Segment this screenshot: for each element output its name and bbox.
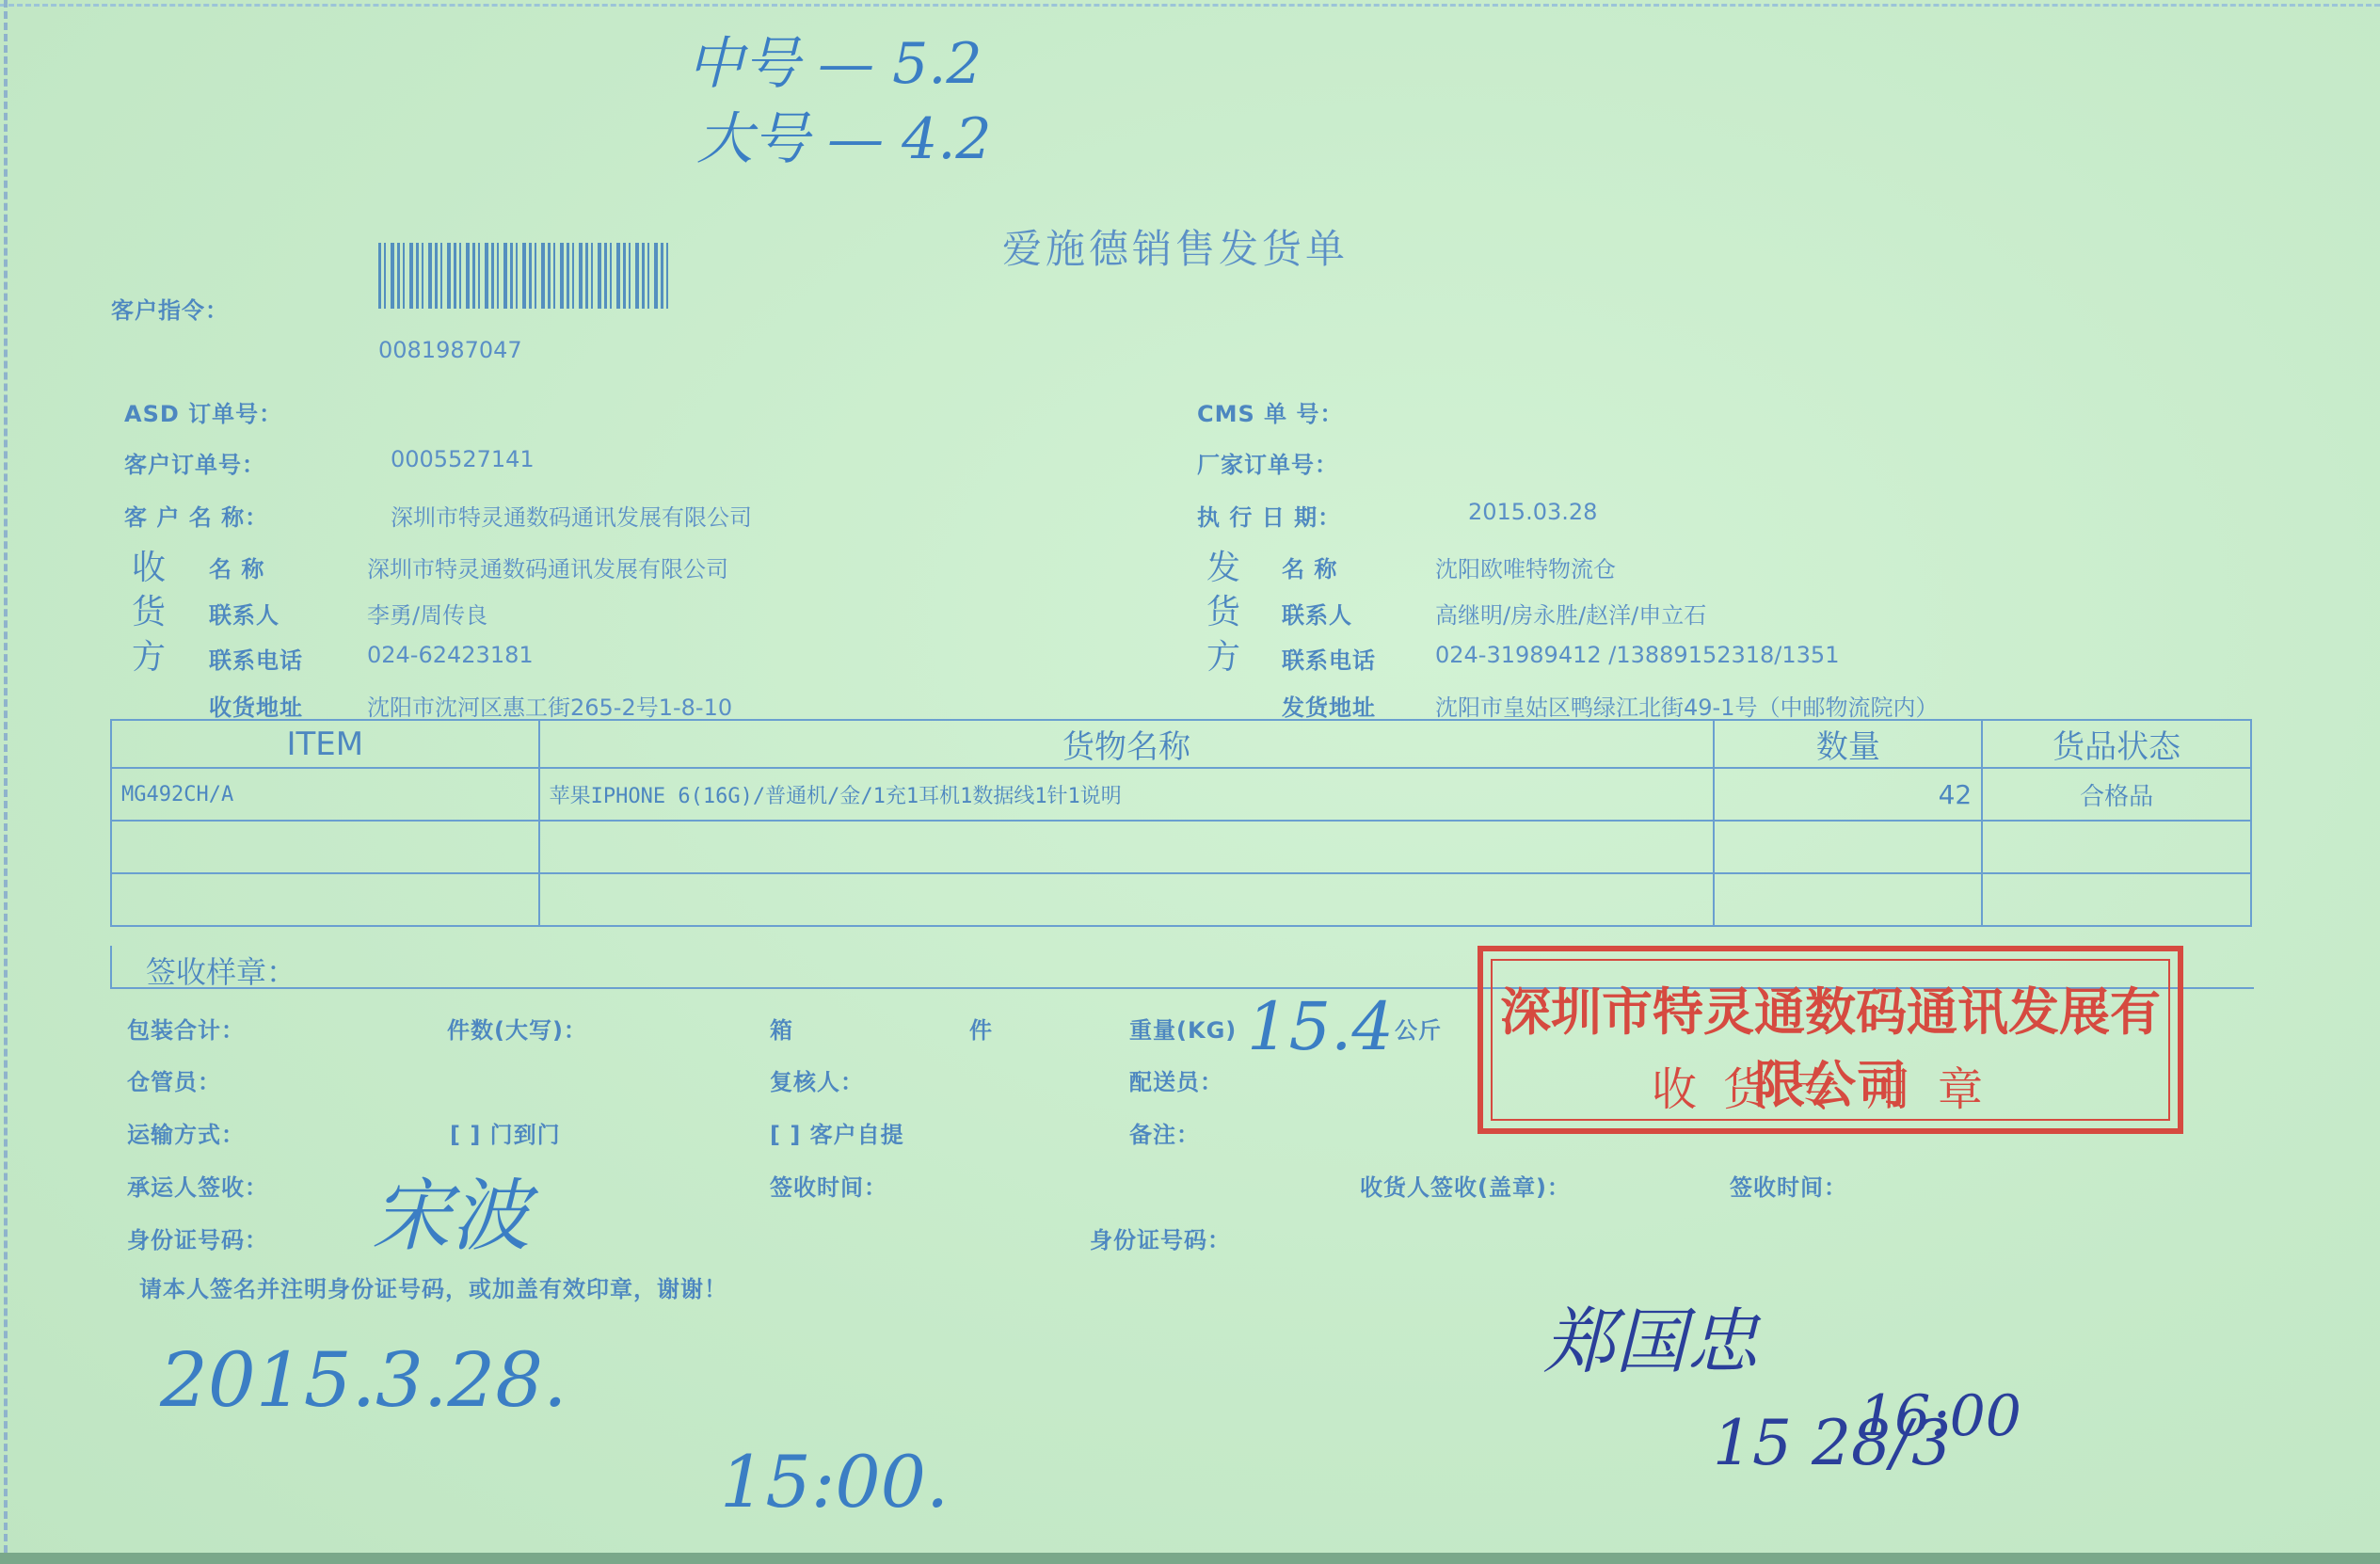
door-to-door-checkbox[interactable]: [ ] 门到门 xyxy=(450,1116,561,1149)
shipper-side-1: 发 xyxy=(1206,541,1240,589)
cms-label: CMS 单 号： xyxy=(1197,395,1344,428)
piece-label: 件 xyxy=(969,1012,993,1045)
receiver-side-3: 方 xyxy=(132,630,166,678)
reviewer-label: 复核人： xyxy=(770,1063,864,1096)
signature-notice: 请本人签名并注明身份证号码，或加盖有效印章，谢谢！ xyxy=(139,1270,727,1303)
col-quantity: 数量 xyxy=(1714,720,1982,768)
exec-date-value: 2015.03.28 xyxy=(1468,499,1597,525)
exec-date-label: 执 行 日 期： xyxy=(1197,499,1341,532)
receiver-name-label: 名 称 xyxy=(209,551,264,583)
row-goods-name: 苹果IPHONE 6(16G)/普通机/金/1充1耳机1数据线1针1说明 xyxy=(539,768,1715,821)
table-header-row: ITEM 货物名称 数量 货品状态 xyxy=(111,720,2251,768)
row-quantity: 42 xyxy=(1714,768,1982,821)
items-table: ITEM 货物名称 数量 货品状态 MG492CH/A 苹果IPHONE 6(1… xyxy=(110,719,2252,927)
shipper-side-3: 方 xyxy=(1206,630,1240,678)
handwritten-carrier-date: 2015.3.28. xyxy=(160,1336,567,1424)
weight-value: 15.4 xyxy=(1247,988,1394,1065)
transport-method-label: 运输方式： xyxy=(127,1116,245,1149)
barcode-number: 0081987047 xyxy=(378,337,522,363)
handwritten-note-large: 大号 — 4.2 xyxy=(696,94,992,175)
receipt-stamp: 深圳市特灵通数码通讯发展有限公司 收货专用章 xyxy=(1478,946,2183,1134)
warehouse-keeper-label: 仓管员： xyxy=(127,1063,221,1096)
receiver-side-2: 货 xyxy=(132,585,166,633)
barcode xyxy=(378,243,668,309)
shipper-phone-value: 024-31989412 /13889152318/1351 xyxy=(1435,642,1839,668)
vendor-order-label: 厂家订单号： xyxy=(1197,446,1338,479)
handwritten-note-medium: 中号 — 5.2 xyxy=(687,19,982,100)
col-status: 货品状态 xyxy=(1982,720,2251,768)
shipper-address-value: 沈阳市皇姑区鸭绿江北街49-1号（中邮物流院内） xyxy=(1435,689,1938,722)
pieces-label: 件数(大写)： xyxy=(447,1012,587,1045)
row-goods-name xyxy=(539,873,1715,926)
row-item xyxy=(111,821,539,873)
delivery-person-label: 配送员： xyxy=(1129,1063,1223,1096)
receiver-side-1: 收 xyxy=(132,541,166,589)
shipper-address-label: 发货地址 xyxy=(1282,689,1376,722)
table-row xyxy=(111,873,2251,926)
receiver-address-value: 沈阳市沈河区惠工街265-2号1-8-10 xyxy=(367,689,732,722)
shipper-phone-label: 联系电话 xyxy=(1282,642,1376,675)
receiver-contact-label: 联系人 xyxy=(209,597,280,630)
shipper-side-2: 货 xyxy=(1206,585,1240,633)
perforation-top xyxy=(0,4,2380,7)
customer-name-label: 客 户 名 称： xyxy=(124,499,268,532)
row-status xyxy=(1982,873,2251,926)
carrier-signature: 宋波 xyxy=(372,1153,530,1267)
shipper-name-value: 沈阳欧唯特物流仓 xyxy=(1435,551,1616,583)
remark-label: 备注： xyxy=(1129,1116,1200,1149)
receiver-sign-time-label: 签收时间： xyxy=(1730,1169,1847,1202)
row-status: 合格品 xyxy=(1982,768,2251,821)
shipper-name-label: 名 称 xyxy=(1282,551,1337,583)
customer-instruction-label: 客户指令： xyxy=(111,292,229,325)
asd-order-label: ASD 订单号： xyxy=(124,395,282,428)
row-goods-name xyxy=(539,821,1715,873)
row-status xyxy=(1982,821,2251,873)
self-pickup-checkbox[interactable]: [ ] 客户自提 xyxy=(770,1116,904,1149)
customer-order-value: 0005527141 xyxy=(391,446,535,472)
carrier-id-label: 身份证号码： xyxy=(127,1221,268,1254)
receiver-signature: 郑国忠 xyxy=(1543,1285,1758,1387)
handwritten-carrier-time: 15:00. xyxy=(720,1440,949,1524)
sign-stamp-label: 签收样章： xyxy=(146,949,296,992)
row-quantity xyxy=(1714,873,1982,926)
carrier-sign-label: 承运人签收： xyxy=(127,1169,268,1202)
table-row xyxy=(111,821,2251,873)
shipper-contact-label: 联系人 xyxy=(1282,597,1352,630)
paper-bottom-edge xyxy=(0,1553,2380,1564)
col-item: ITEM xyxy=(111,720,539,768)
perforation-left xyxy=(4,0,8,1564)
receiver-sign-label: 收货人签收(盖章)： xyxy=(1360,1169,1571,1202)
col-goods-name: 货物名称 xyxy=(539,720,1715,768)
table-row: MG492CH/A 苹果IPHONE 6(16G)/普通机/金/1充1耳机1数据… xyxy=(111,768,2251,821)
package-total-label: 包装合计： xyxy=(127,1012,245,1045)
shipper-contact-value: 高继明/房永胜/赵洋/申立石 xyxy=(1435,597,1706,630)
row-item: MG492CH/A xyxy=(111,768,539,821)
receiver-phone-value: 024-62423181 xyxy=(367,642,534,668)
weight-label: 重量(KG) xyxy=(1129,1012,1237,1045)
document-title: 爱施德销售发货单 xyxy=(1002,218,1349,275)
carrier-sign-time-label: 签收时间： xyxy=(770,1169,887,1202)
row-item xyxy=(111,873,539,926)
receiver-address-label: 收货地址 xyxy=(209,689,303,722)
receiver-id-label: 身份证号码： xyxy=(1090,1221,1231,1254)
customer-name-value: 深圳市特灵通数码通讯发展有限公司 xyxy=(391,499,752,532)
receiver-name-value: 深圳市特灵通数码通讯发展有限公司 xyxy=(367,551,728,583)
receiver-phone-label: 联系电话 xyxy=(209,642,303,675)
receiver-handwritten-time: 16:00 xyxy=(1859,1383,2021,1449)
stamp-purpose: 收货专用章 xyxy=(1483,1053,2178,1118)
receiver-contact-value: 李勇/周传良 xyxy=(367,597,487,630)
row-quantity xyxy=(1714,821,1982,873)
box-label: 箱 xyxy=(770,1012,793,1045)
weight-unit: 公斤 xyxy=(1395,1012,1442,1045)
customer-order-label: 客户订单号： xyxy=(124,446,265,479)
